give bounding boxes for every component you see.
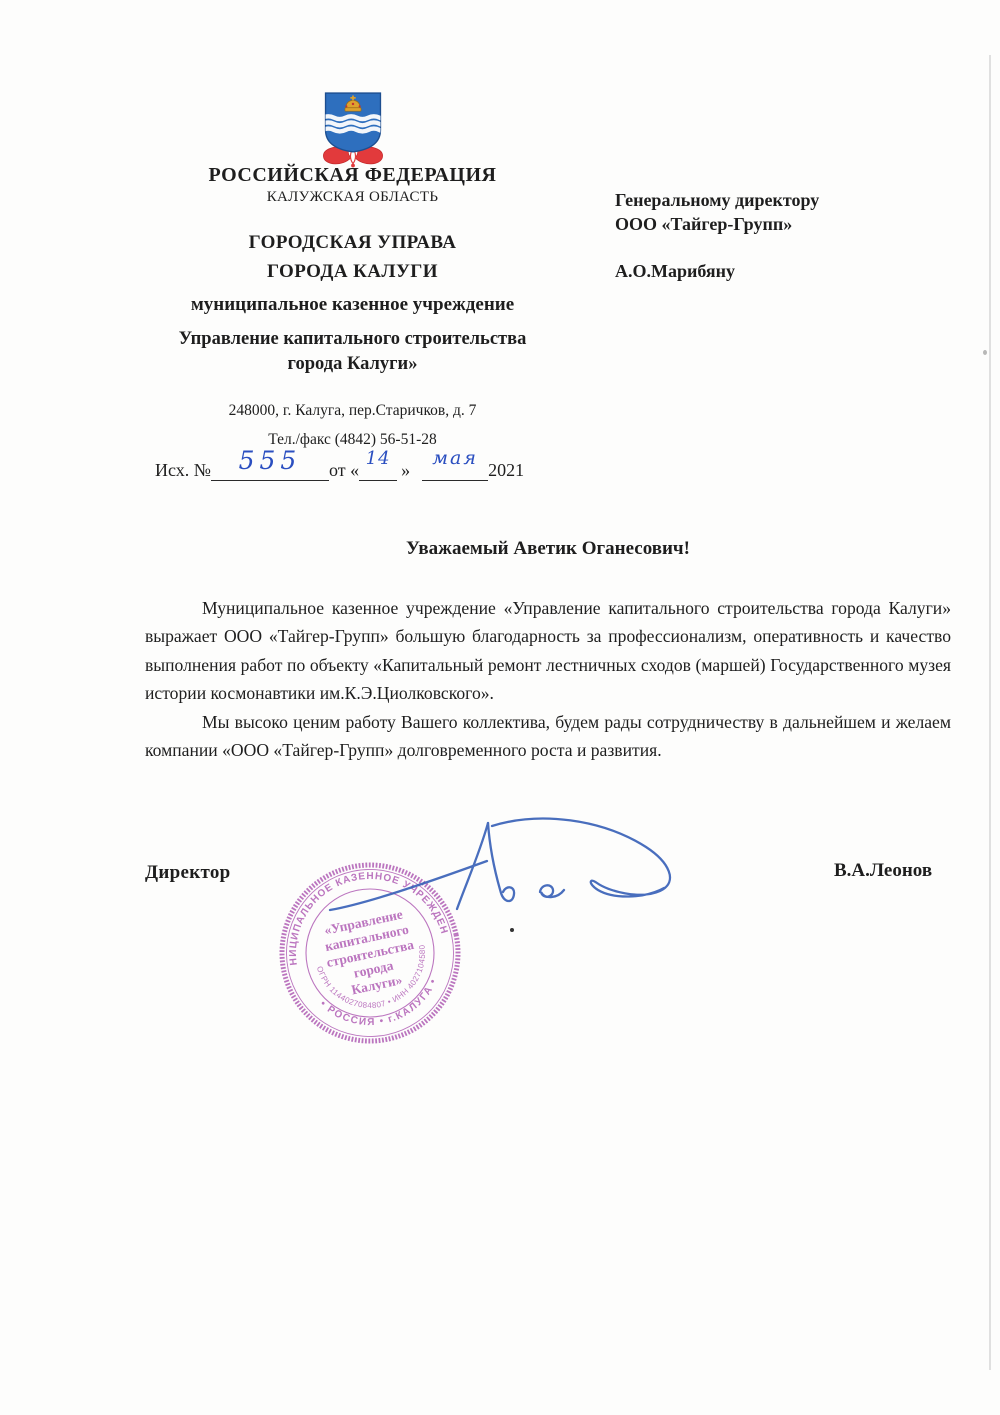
org-address: 248000, г. Калуга, пер.Старичков, д. 7 [60, 402, 645, 420]
body-paragraph-1: Муниципальное казенное учреждение «Управ… [145, 594, 951, 708]
scan-speck [983, 350, 987, 355]
org-name-line2: города Калуги» [60, 354, 645, 375]
signer-position: Директор [145, 862, 231, 884]
outgoing-quote-close: » [401, 460, 410, 481]
letterhead: РОССИЙСКАЯ ФЕДЕРАЦИЯ КАЛУЖСКАЯ ОБЛАСТЬ Г… [60, 164, 645, 449]
recipient-title: Генеральному директору [615, 188, 955, 212]
letter-body: Муниципальное казенное учреждение «Управ… [145, 594, 951, 764]
outgoing-year: 2021 [488, 460, 524, 481]
country-title: РОССИЙСКАЯ ФЕДЕРАЦИЯ [60, 164, 645, 187]
region-title: КАЛУЖСКАЯ ОБЛАСТЬ [60, 189, 645, 206]
scan-edge-line [989, 55, 991, 1370]
recipient-name: А.О.Марибяну [615, 259, 955, 283]
recipient-block: Генеральному директору ООО «Тайгер-Групп… [615, 188, 955, 283]
org-title-line1: ГОРОДСКАЯ УПРАВА [60, 232, 645, 254]
recipient-company: ООО «Тайгер-Групп» [615, 212, 955, 236]
outgoing-day-handwritten: 14 [366, 448, 391, 469]
org-phone: Тел./факс (4842) 56-51-28 [60, 431, 645, 449]
outgoing-number-blank: 555 [211, 450, 329, 481]
outgoing-day-blank: 14 [359, 450, 397, 481]
outgoing-label: Исх. № [155, 460, 211, 481]
org-title-line2: ГОРОДА КАЛУГИ [60, 261, 645, 283]
salutation: Уважаемый Аветик Оганесович! [145, 538, 951, 560]
director-signature [300, 810, 700, 950]
kaluga-coat-of-arms-icon [317, 92, 389, 168]
signer-name: В.А.Леонов [834, 860, 932, 882]
org-name-line1: Управление капитального строительства [60, 329, 645, 350]
outgoing-number-line: Исх. №555от «14»мая2021 [155, 450, 595, 481]
outgoing-from-label: от « [329, 460, 359, 481]
org-type: муниципальное казенное учреждение [60, 294, 645, 316]
outgoing-month-blank: мая [422, 450, 488, 481]
outgoing-month-handwritten: мая [432, 447, 478, 469]
ink-dot [510, 928, 514, 932]
scanned-letter-page: РОССИЙСКАЯ ФЕДЕРАЦИЯ КАЛУЖСКАЯ ОБЛАСТЬ Г… [0, 0, 1000, 1415]
body-paragraph-2: Мы высоко ценим работу Вашего коллектива… [145, 708, 951, 765]
outgoing-number-handwritten: 555 [239, 446, 302, 475]
